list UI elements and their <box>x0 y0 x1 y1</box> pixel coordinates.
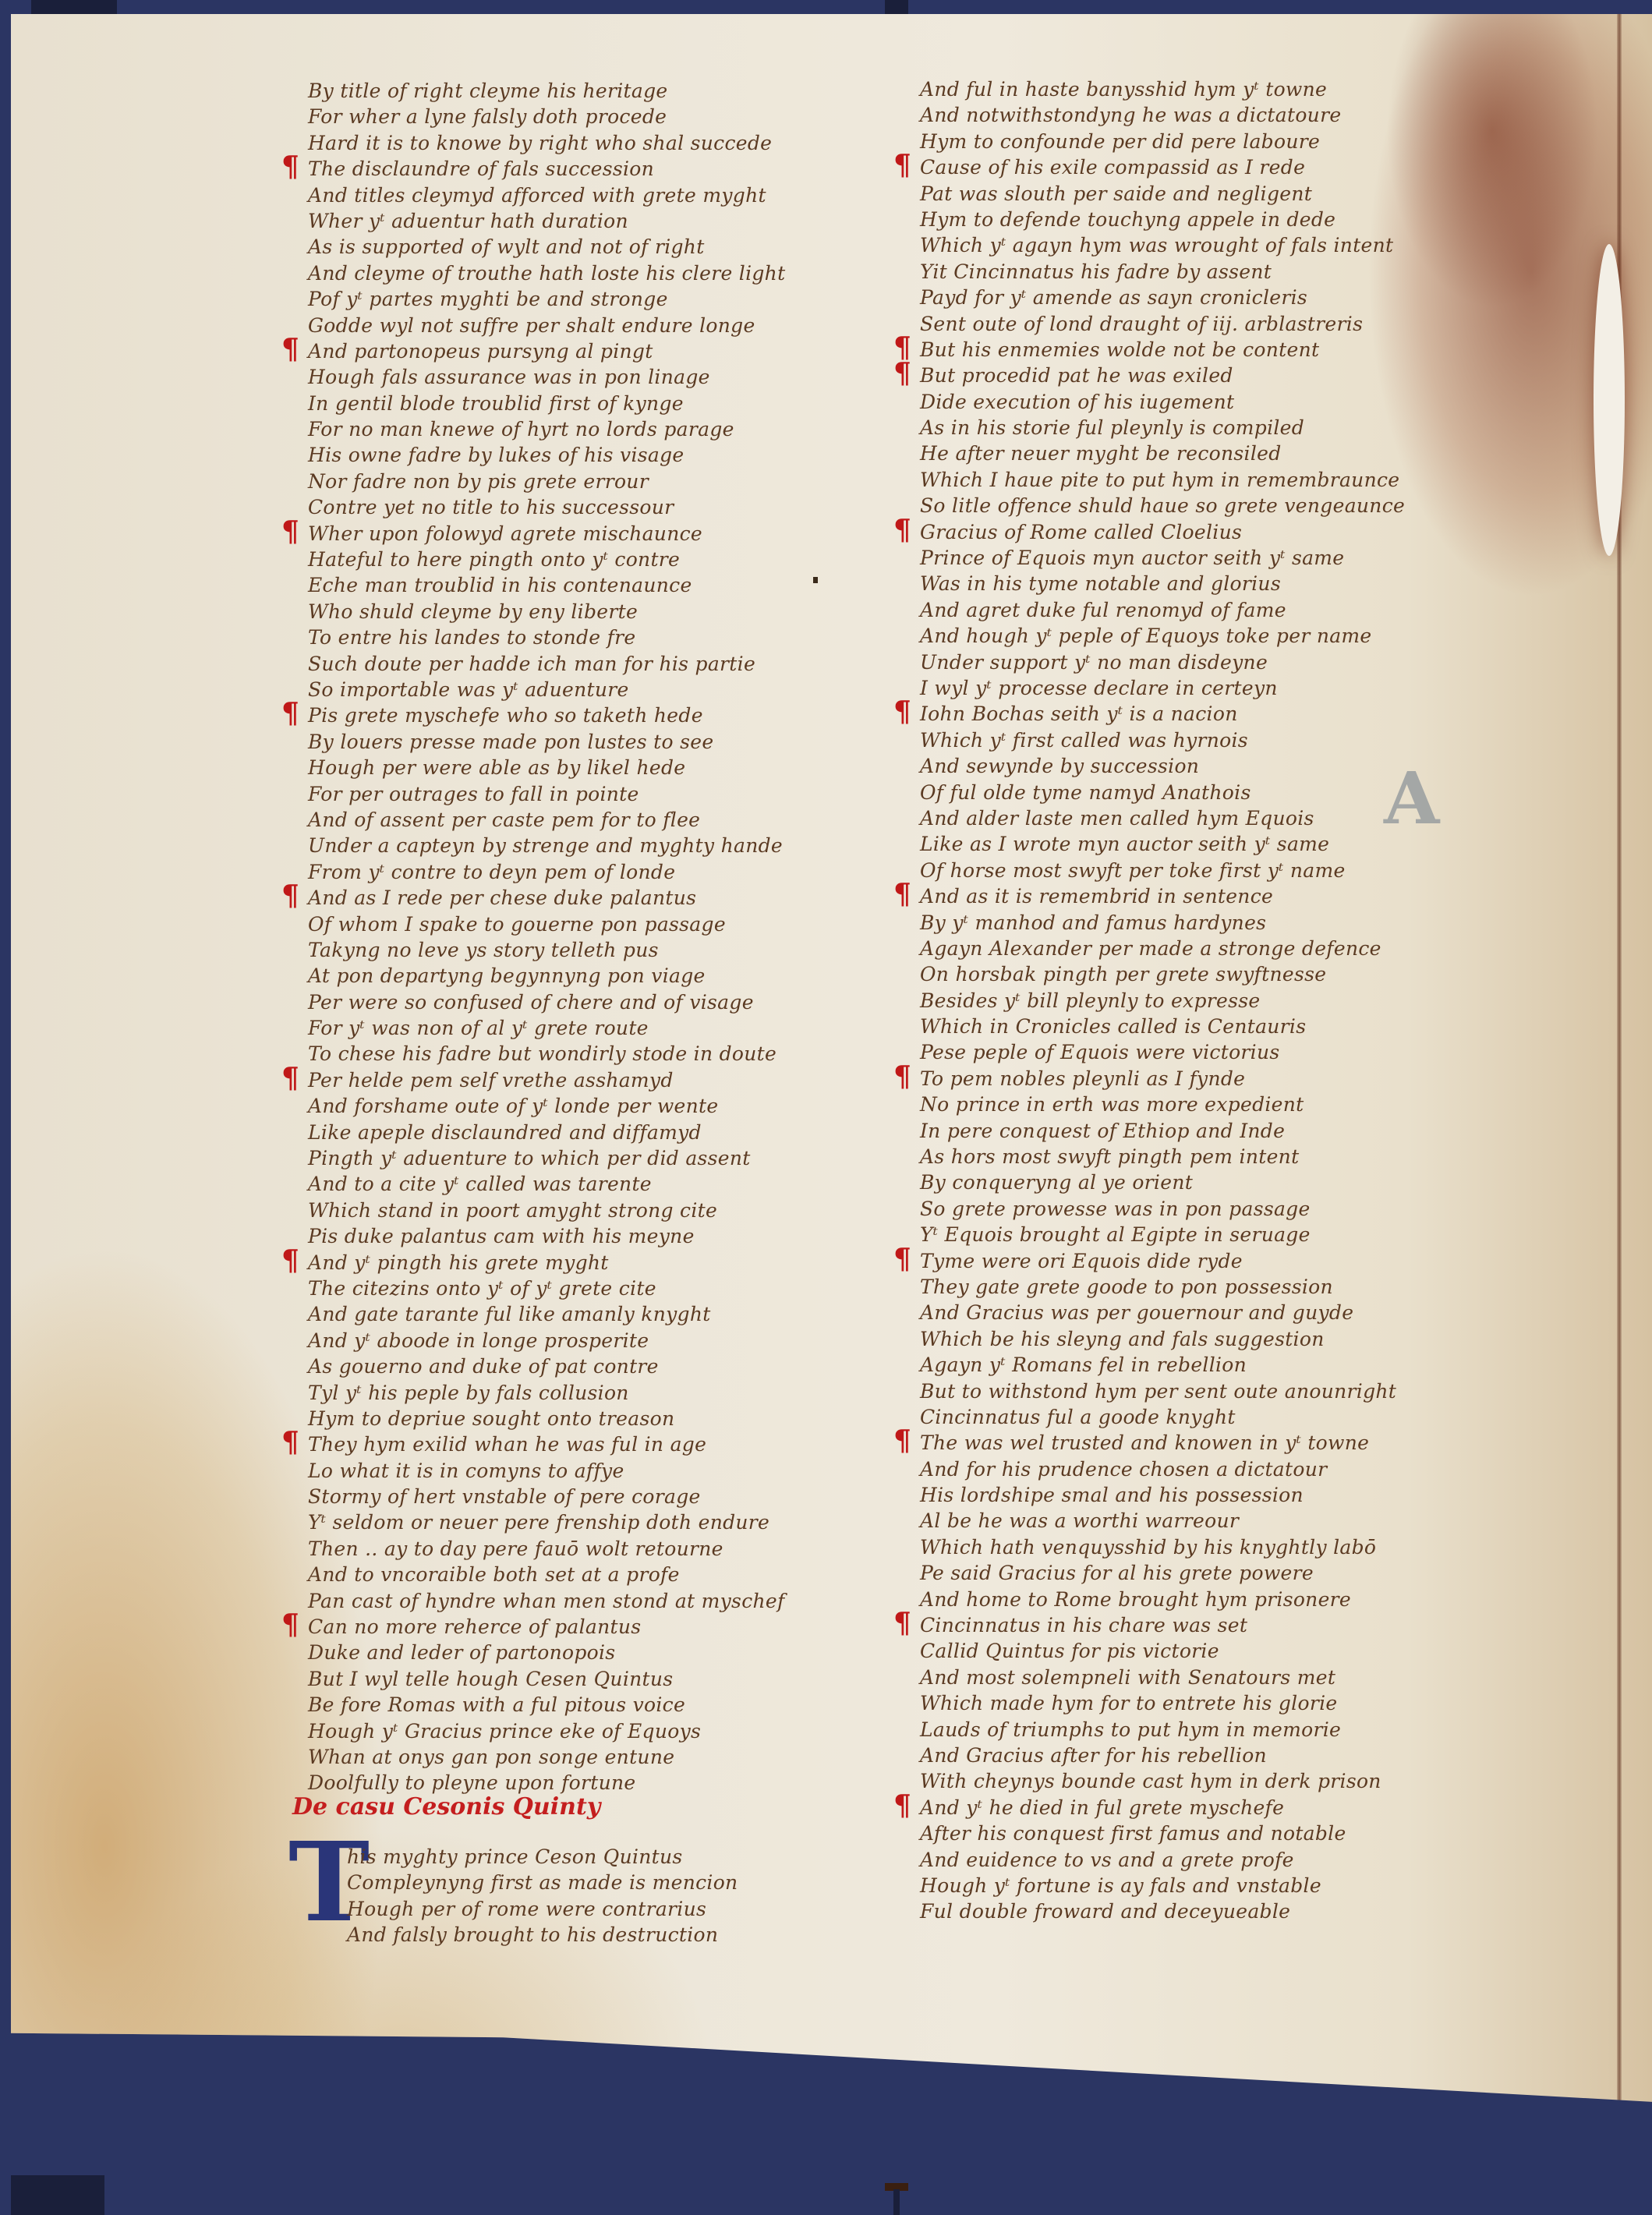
verse-text: Like as I wrote myn auctor seith yᵗ same <box>920 833 1329 855</box>
verse-text: Hym to confounde per did pere laboure <box>920 130 1320 153</box>
verse-text: Which in Cronicles called is Centauris <box>920 1015 1306 1038</box>
verse-text: Cause of his exile compassid as I rede <box>920 156 1305 179</box>
verse-line: Ful double froward and deceyueable <box>920 1898 1512 1924</box>
pilcrow-icon: ¶ <box>893 361 911 387</box>
verse-line: For per outrages to fall in pointe <box>308 781 869 807</box>
verse-text: And agret duke ful renomyd of fame <box>920 599 1286 621</box>
verse-text: His owne fadre by lukes of his visage <box>308 444 685 466</box>
verse-line: Compleynyng first as made is mencion <box>347 1870 877 1895</box>
verse-line: Per were so confused of chere and of vis… <box>308 989 869 1015</box>
verse-text: Which I haue pite to put hym in remembra… <box>920 469 1399 491</box>
verse-line: ¶Pis grete myschefe who so taketh hede <box>308 702 869 728</box>
verse-line: Of ful olde tyme namyd Anathois <box>920 780 1512 805</box>
verse-line: And hough yᵗ peple of Equoys toke per na… <box>920 623 1512 649</box>
verse-line: Hym to defende touchyng appele in dede <box>920 207 1512 232</box>
verse-text: Gracius of Rome called Cloelius <box>920 521 1242 543</box>
verse-line: ¶Gracius of Rome called Cloelius <box>920 519 1512 545</box>
verse-text: On horsbak pingth per grete swyftnesse <box>920 963 1326 985</box>
verse-line: Whan at onys gan pon songe entune <box>308 1744 869 1770</box>
verse-text: Which yᵗ first called was hyrnois <box>920 729 1248 752</box>
verse-line: ¶And partonopeus pursyng al pingt <box>308 338 869 364</box>
verse-line: And sewynde by succession <box>920 753 1512 779</box>
verse-line: ¶And yᵗ he died in ful grete myschefe <box>920 1795 1512 1820</box>
verse-line: ¶But his enmemies wolde not be content <box>920 337 1512 363</box>
verse-line: And euidence to vs and a grete profe <box>920 1847 1512 1873</box>
verse-text: The disclaundre of fals succession <box>308 157 654 180</box>
verse-text: I wyl yᵗ processe declare in certeyn <box>920 677 1278 699</box>
verse-line: Of horse most swyft per toke first yᵗ na… <box>920 858 1512 883</box>
verse-line: By conqueryng al ye orient <box>920 1169 1512 1195</box>
verse-text: Which stand in poort amyght strong cite <box>308 1199 717 1222</box>
verse-text: Tyme were ori Equois dide ryde <box>920 1250 1243 1272</box>
verse-line: Hough fals assurance was in pon linage <box>308 364 869 390</box>
verse-line: Pingth yᵗ aduenture to which per did ass… <box>308 1145 869 1171</box>
verse-line: Callid Quintus for pis victorie <box>920 1638 1512 1664</box>
verse-line: As gouerno and duke of pat contre <box>308 1353 869 1379</box>
verse-text: By title of right cleyme his heritage <box>308 80 668 102</box>
pilcrow-icon: ¶ <box>281 154 299 180</box>
verse-line: Which hath venquysshid by his knyghtly l… <box>920 1534 1512 1560</box>
verse-text: Eche man troublid in his contenaunce <box>308 574 692 596</box>
verse-line: Which be his sleyng and fals suggestion <box>920 1326 1512 1352</box>
verse-line: For no man knewe of hyrt no lords parage <box>308 416 869 442</box>
verse-line: ¶Tyme were ori Equois dide ryde <box>920 1248 1512 1274</box>
verse-line: Pese peple of Equois were victorius <box>920 1039 1512 1065</box>
verse-line: And to a cite yᵗ called was tarente <box>308 1171 869 1197</box>
clamp-bottom-stem <box>893 2189 900 2215</box>
verse-text: Which made hym for to entrete his glorie <box>920 1692 1337 1714</box>
verse-line: Of whom I spake to gouerne pon passage <box>308 911 869 937</box>
verse-line: As in his storie ful pleynly is compiled <box>920 415 1512 441</box>
verse-text: Under support yᵗ no man disdeyne <box>920 651 1268 674</box>
verse-text: His lordshipe smal and his possession <box>920 1484 1304 1506</box>
verse-line: And titles cleymyd afforced with grete m… <box>308 182 869 208</box>
verse-line: ¶The was wel trusted and knowen in yᵗ to… <box>920 1430 1512 1456</box>
verse-text: But procedid pat he was exiled <box>920 364 1233 387</box>
clamp-top-center <box>885 0 908 14</box>
verse-text: Doolfully to pleyne upon fortune <box>308 1771 635 1794</box>
verse-text: At pon departyng begynnyng pon viage <box>308 964 706 987</box>
verse-text: Lo what it is in comyns to affye <box>308 1460 624 1482</box>
verse-line: Duke and leder of partonopois <box>308 1640 869 1665</box>
verse-line: Godde wyl not suffre per shalt endure lo… <box>308 313 869 338</box>
verse-text: Agayn yᵗ Romans fel in rebellion <box>920 1353 1247 1376</box>
pilcrow-icon: ¶ <box>281 1612 299 1638</box>
verse-text: Such doute per hadde ich man for his par… <box>308 653 755 675</box>
verse-line: And yᵗ aboode in longe prosperite <box>308 1328 869 1353</box>
verse-text: Duke and leder of partonopois <box>308 1641 615 1664</box>
verse-line: Besides yᵗ bill pleynly to expresse <box>920 988 1512 1014</box>
verse-line: And falsly brought to his destruction <box>347 1922 877 1948</box>
verse-text: Yit Cincinnatus his fadre by assent <box>920 260 1272 283</box>
verse-line: Cincinnatus ful a goode knyght <box>920 1404 1512 1430</box>
verse-text: And cleyme of trouthe hath loste his cle… <box>308 262 785 285</box>
verse-text: And forshame oute of yᵗ londe per wente <box>308 1095 719 1117</box>
verse-text: Hateful to here pingth onto yᵗ contre <box>308 548 680 571</box>
verse-text: Lauds of triumphs to put hym in memorie <box>920 1718 1341 1741</box>
verse-text: Hough yᵗ Gracius prince eke of Equoys <box>308 1720 701 1743</box>
verse-line: No prince in erth was more expedient <box>920 1092 1512 1117</box>
verse-line: For wher a lyne falsly doth procede <box>308 104 869 129</box>
verse-line: ¶And as I rede per chese duke palantus <box>308 885 869 911</box>
verse-line: Hym to confounde per did pere laboure <box>920 129 1512 154</box>
verse-text: Ful double froward and deceyueable <box>920 1900 1290 1923</box>
verse-line: On horsbak pingth per grete swyftnesse <box>920 961 1512 987</box>
verse-line: Pis duke palantus cam with his meyne <box>308 1223 869 1249</box>
verse-text: Then .. ay to day pere fauō wolt retour… <box>308 1537 723 1560</box>
verse-line: To entre his landes to stonde fre <box>308 625 869 650</box>
verse-line: As is supported of wylt and not of right <box>308 234 869 260</box>
verse-text: In gentil blode troublid first of kynge <box>308 392 684 415</box>
verse-line: Tyl yᵗ his peple by fals collusion <box>308 1380 869 1406</box>
verse-text: By yᵗ manhod and famus hardynes <box>920 911 1266 934</box>
verse-line: By title of right cleyme his heritage <box>308 78 869 104</box>
parchment-hole <box>1594 244 1625 556</box>
verse-text: Yᵗ seldom or neuer pere frenship doth en… <box>308 1511 769 1534</box>
verse-line: And of assent per caste pem for to flee <box>308 807 869 833</box>
verse-text: To entre his landes to stonde fre <box>308 626 636 649</box>
verse-line: By yᵗ manhod and famus hardynes <box>920 910 1512 936</box>
verse-text: Was in his tyme notable and glorius <box>920 572 1281 595</box>
verse-line: Doolfully to pleyne upon fortune <box>308 1770 869 1796</box>
verse-line: Hough yᵗ Gracius prince eke of Equoys <box>308 1718 869 1744</box>
pilcrow-icon: ¶ <box>281 883 299 909</box>
verse-text: No prince in erth was more expedient <box>920 1093 1304 1116</box>
verse-text: Pis grete myschefe who so taketh hede <box>308 704 703 727</box>
verse-text: For wher a lyne falsly doth procede <box>308 105 667 128</box>
verse-text: By louers presse made pon lustes to see <box>308 731 713 753</box>
verse-text: Hough per of rome were contrarius <box>347 1898 706 1920</box>
pilcrow-icon: ¶ <box>893 1793 911 1819</box>
verse-line: ¶Cause of his exile compassid as I rede <box>920 154 1512 180</box>
verse-text: Per were so confused of chere and of vis… <box>308 991 754 1014</box>
verse-line: Al be he was a worthi warreour <box>920 1508 1512 1534</box>
verse-text: Agayn Alexander per made a stronge defen… <box>920 937 1381 960</box>
verse-text: And titles cleymyd afforced with grete m… <box>308 184 766 207</box>
verse-text: And euidence to vs and a grete profe <box>920 1849 1294 1871</box>
verse-line: Then .. ay to day pere fauō wolt retour… <box>308 1536 869 1562</box>
verse-text: In pere conquest of Ethiop and Inde <box>920 1120 1285 1142</box>
verse-line: And notwithstondyng he was a dictatoure <box>920 102 1512 128</box>
pilcrow-icon: ¶ <box>281 1066 299 1092</box>
verse-text: Contre yet no title to his successour <box>308 496 674 518</box>
verse-text: Pingth yᵗ aduenture to which per did ass… <box>308 1147 751 1169</box>
verse-text: his myghty prince Ceson Quintus <box>347 1845 683 1868</box>
verse-line: his myghty prince Ceson Quintus <box>347 1844 877 1870</box>
verse-text: Pe said Gracius for al his grete powere <box>920 1562 1314 1584</box>
verse-text: Nor fadre non by pis grete errour <box>308 470 649 493</box>
verse-line: So litle offence shuld haue so grete ven… <box>920 493 1512 518</box>
verse-line: Which stand in poort amyght strong cite <box>308 1198 869 1223</box>
verse-text: For yᵗ was non of al yᵗ grete route <box>308 1017 649 1039</box>
verse-text: Pan cast of hyndre whan men stond at mys… <box>308 1590 785 1612</box>
verse-line: Hateful to here pingth onto yᵗ contre <box>308 547 869 572</box>
verse-text: Under a capteyn by strenge and myghty ha… <box>308 834 783 857</box>
verse-line: And home to Rome brought hym prisonere <box>920 1587 1512 1612</box>
verse-text: Cincinnatus in his chare was set <box>920 1614 1247 1636</box>
verse-text: Like apeple disclaundred and diffamyd <box>308 1121 702 1144</box>
verse-text: Which hath venquysshid by his knyghtly l… <box>920 1536 1376 1559</box>
verse-text: But to withstond hym per sent oute anoun… <box>920 1380 1396 1403</box>
verse-text: Wher yᵗ aduentur hath duration <box>308 210 628 232</box>
verse-line: Lo what it is in comyns to affye <box>308 1458 869 1484</box>
verse-text: For no man knewe of hyrt no lords parage <box>308 418 734 441</box>
verse-text: Hough fals assurance was in pon linage <box>308 366 710 388</box>
pilcrow-icon: ¶ <box>281 519 299 545</box>
verse-text: Stormy of hert vnstable of pere corage <box>308 1485 701 1508</box>
verse-line: His owne fadre by lukes of his visage <box>308 442 869 468</box>
verse-text: Hard it is to knowe by right who shal su… <box>308 132 772 154</box>
verse-line: Nor fadre non by pis grete errour <box>308 469 869 494</box>
verse-text: Of horse most swyft per toke first yᵗ na… <box>920 859 1346 882</box>
verse-line: By louers presse made pon lustes to see <box>308 729 869 755</box>
verse-line: So grete prowesse was in pon passage <box>920 1196 1512 1222</box>
pilcrow-icon: ¶ <box>893 518 911 543</box>
verse-text: Hough per were able as by likel hede <box>308 756 685 779</box>
verse-text: And yᵗ pingth his grete myght <box>308 1251 609 1274</box>
left-text-column-after-rubric: his myghty prince Ceson QuintusCompleyny… <box>347 1844 877 1948</box>
verse-line: ¶And as it is remembrid in sentence <box>920 883 1512 909</box>
verse-line: Wher yᵗ aduentur hath duration <box>308 208 869 234</box>
verse-line: Pan cast of hyndre whan men stond at mys… <box>308 1588 869 1614</box>
verse-text: And of assent per caste pem for to flee <box>308 809 700 831</box>
verse-line: Hough per were able as by likel hede <box>308 755 869 780</box>
verse-line: Hym to depriue sought onto treason <box>308 1406 869 1431</box>
pilcrow-icon: ¶ <box>893 153 911 179</box>
verse-line: Takyng no leve ys story telleth pus <box>308 937 869 963</box>
verse-text: Takyng no leve ys story telleth pus <box>308 939 659 961</box>
verse-text: Pese peple of Equois were victorius <box>920 1041 1280 1063</box>
verse-line: In pere conquest of Ethiop and Inde <box>920 1118 1512 1144</box>
verse-line: Who shuld cleyme by eny liberte <box>308 599 869 625</box>
verse-line: Agayn Alexander per made a stronge defen… <box>920 936 1512 961</box>
verse-text: And falsly brought to his destruction <box>347 1923 718 1946</box>
verse-line: So importable was yᵗ aduenture <box>308 677 869 702</box>
clamp-bottom-left <box>11 2175 104 2215</box>
verse-text: Be fore Romas with a ful pitous voice <box>308 1693 685 1716</box>
verse-text: And ful in haste banysshid hym yᵗ towne <box>920 78 1327 101</box>
verse-text: Hym to depriue sought onto treason <box>308 1407 674 1430</box>
verse-line: Lauds of triumphs to put hym in memorie <box>920 1717 1512 1743</box>
verse-line: After his conquest first famus and notab… <box>920 1820 1512 1846</box>
verse-line: ¶Wher upon folowyd agrete mischaunce <box>308 521 869 547</box>
pilcrow-icon: ¶ <box>893 1064 911 1090</box>
verse-line: From yᵗ contre to deyn pem of londe <box>308 859 869 885</box>
verse-text: Which yᵗ agayn hym was wrought of fals i… <box>920 234 1393 257</box>
verse-text: Cincinnatus ful a goode knyght <box>920 1406 1236 1428</box>
verse-text: After his conquest first famus and notab… <box>920 1822 1346 1845</box>
verse-text: And notwithstondyng he was a dictatoure <box>920 104 1341 126</box>
verse-text: So litle offence shuld haue so grete ven… <box>920 494 1405 517</box>
verse-line: Eche man troublid in his contenaunce <box>308 572 869 598</box>
verse-line: ¶The disclaundre of fals succession <box>308 156 869 182</box>
pilcrow-icon: ¶ <box>893 1247 911 1272</box>
verse-line: They gate grete goode to pon possession <box>920 1274 1512 1300</box>
verse-line: The citezins onto yᵗ of yᵗ grete cite <box>308 1276 869 1301</box>
verse-text: To chese his fadre but wondirly stode in… <box>308 1042 776 1065</box>
verse-line: And alder laste men called hym Equois <box>920 805 1512 831</box>
verse-text: And Gracius was per gouernour and guyde <box>920 1301 1353 1324</box>
verse-text: And Gracius after for his rebellion <box>920 1744 1267 1767</box>
verse-text: Compleynyng first as made is mencion <box>347 1871 738 1894</box>
verse-text: Iohn Bochas seith yᵗ is a nacion <box>920 702 1238 725</box>
verse-line: Dide execution of his iugement <box>920 389 1512 415</box>
verse-text: And gate tarante ful like amanly knyght <box>308 1303 711 1325</box>
verse-line: And Gracius after for his rebellion <box>920 1743 1512 1768</box>
verse-text: He after neuer myght be reconsiled <box>920 442 1282 465</box>
verse-text: They hym exilid whan he was ful in age <box>308 1433 706 1456</box>
verse-text: Hym to defende touchyng appele in dede <box>920 208 1335 231</box>
verse-line: Payd for yᵗ amende as sayn cronicleris <box>920 285 1512 310</box>
verse-line: At pon departyng begynnyng pon viage <box>308 963 869 989</box>
verse-line: ¶To pem nobles pleynli as I fynde <box>920 1066 1512 1092</box>
pilcrow-icon: ¶ <box>893 699 911 725</box>
verse-text: From yᵗ contre to deyn pem of londe <box>308 861 675 883</box>
verse-text: Of ful olde tyme namyd Anathois <box>920 781 1251 804</box>
verse-line: But I wyl telle hough Cesen Quintus <box>308 1666 869 1692</box>
verse-text: And to a cite yᵗ called was tarente <box>308 1173 652 1195</box>
verse-text: Al be he was a worthi warreour <box>920 1509 1239 1532</box>
verse-text: And for his prudence chosen a dictatour <box>920 1458 1327 1481</box>
verse-text: Callid Quintus for pis victorie <box>920 1640 1219 1662</box>
verse-line: ¶They hym exilid whan he was ful in age <box>308 1431 869 1457</box>
verse-line: As hors most swyft pingth pem intent <box>920 1144 1512 1169</box>
verse-text: And home to Rome brought hym prisonere <box>920 1588 1351 1611</box>
verse-text: Per helde pem self vrethe asshamyd <box>308 1069 674 1092</box>
verse-line: Yᵗ Equois brought al Egipte in seruage <box>920 1222 1512 1247</box>
verse-text: Godde wyl not suffre per shalt endure lo… <box>308 314 755 337</box>
verse-text: And as I rede per chese duke palantus <box>308 886 696 909</box>
pilcrow-icon: ¶ <box>893 882 911 908</box>
verse-line: His lordshipe smal and his possession <box>920 1482 1512 1508</box>
verse-line: Hough yᵗ fortune is ay fals and vnstable <box>920 1873 1512 1898</box>
verse-text: And as it is remembrid in sentence <box>920 885 1273 908</box>
verse-text: Of whom I spake to gouerne pon passage <box>308 913 726 936</box>
verse-line: Prince of Equois myn auctor seith yᵗ sam… <box>920 545 1512 571</box>
verse-line: ¶Per helde pem self vrethe asshamyd <box>308 1067 869 1093</box>
clamp-top-left <box>31 0 117 14</box>
verse-text: Yᵗ Equois brought al Egipte in seruage <box>920 1223 1311 1246</box>
verse-line: Hard it is to knowe by right who shal su… <box>308 130 869 156</box>
pilcrow-icon: ¶ <box>281 1248 299 1274</box>
verse-text: Pat was slouth per saide and negligent <box>920 182 1312 205</box>
verse-text: Hough yᵗ fortune is ay fals and vnstable <box>920 1874 1321 1897</box>
verse-line: Under support yᵗ no man disdeyne <box>920 649 1512 675</box>
verse-line: And Gracius was per gouernour and guyde <box>920 1300 1512 1325</box>
verse-line: With cheynys bounde cast hym in derk pri… <box>920 1768 1512 1794</box>
verse-text: Who shuld cleyme by eny liberte <box>308 600 638 623</box>
verse-line: And cleyme of trouthe hath loste his cle… <box>308 260 869 286</box>
verse-line: And agret duke ful renomyd of fame <box>920 597 1512 623</box>
verse-line: Be fore Romas with a ful pitous voice <box>308 1692 869 1718</box>
verse-text: Besides yᵗ bill pleynly to expresse <box>920 989 1260 1012</box>
verse-line: Pof yᵗ partes myghti be and stronge <box>308 286 869 312</box>
verse-line: And most solempneli with Senatours met <box>920 1665 1512 1690</box>
verse-line: Hough per of rome were contrarius <box>347 1896 877 1922</box>
verse-text: And sewynde by succession <box>920 755 1199 777</box>
verse-line: To chese his fadre but wondirly stode in… <box>308 1041 869 1067</box>
left-text-column: By title of right cleyme his heritageFor… <box>308 78 869 1796</box>
verse-line: ¶But procedid pat he was exiled <box>920 363 1512 388</box>
rubric-heading: De casu Cesonis Quinty <box>292 1793 600 1820</box>
verse-text: Pis duke palantus cam with his meyne <box>308 1225 695 1247</box>
verse-line: Stormy of hert vnstable of pere corage <box>308 1484 869 1509</box>
verse-line: ¶Iohn Bochas seith yᵗ is a nacion <box>920 701 1512 727</box>
pilcrow-icon: ¶ <box>893 1611 911 1636</box>
verse-line: ¶And yᵗ pingth his grete myght <box>308 1250 869 1276</box>
verse-line: ¶Cincinnatus in his chare was set <box>920 1612 1512 1638</box>
verse-text: As in his storie ful pleynly is compiled <box>920 416 1304 439</box>
verse-line: Pat was slouth per saide and negligent <box>920 181 1512 207</box>
verse-line: I wyl yᵗ processe declare in certeyn <box>920 675 1512 701</box>
verse-text: And hough yᵗ peple of Equoys toke per na… <box>920 625 1372 647</box>
verse-text: Can no more reherce of palantus <box>308 1615 641 1638</box>
verse-line: Yit Cincinnatus his fadre by assent <box>920 259 1512 285</box>
verse-text: And alder laste men called hym Equois <box>920 807 1314 830</box>
verse-text: Whan at onys gan pon songe entune <box>308 1746 674 1768</box>
verse-line: For yᵗ was non of al yᵗ grete route <box>308 1015 869 1041</box>
verse-line: He after neuer myght be reconsiled <box>920 441 1512 466</box>
verse-line: And ful in haste banysshid hym yᵗ towne <box>920 76 1512 102</box>
verse-text: And yᵗ he died in ful grete myschefe <box>920 1796 1284 1819</box>
verse-line: And for his prudence chosen a dictatour <box>920 1456 1512 1482</box>
verse-line: Which yᵗ first called was hyrnois <box>920 727 1512 753</box>
verse-text: Payd for yᵗ amende as sayn cronicleris <box>920 286 1307 309</box>
verse-text: Sent oute of lond draught of iij. arblas… <box>920 313 1363 335</box>
verse-text: Prince of Equois myn auctor seith yᵗ sam… <box>920 547 1344 569</box>
verse-text: By conqueryng al ye orient <box>920 1171 1193 1194</box>
verse-text: And yᵗ aboode in longe prosperite <box>308 1329 649 1352</box>
verse-text: Wher upon folowyd agrete mischaunce <box>308 522 702 545</box>
verse-line: Agayn yᵗ Romans fel in rebellion <box>920 1352 1512 1378</box>
verse-line: Pe said Gracius for al his grete powere <box>920 1560 1512 1586</box>
verse-line: Sent oute of lond draught of iij. arblas… <box>920 311 1512 337</box>
verse-text: And partonopeus pursyng al pingt <box>308 340 653 363</box>
verse-line: But to withstond hym per sent oute anoun… <box>920 1378 1512 1404</box>
verse-line: Was in his tyme notable and glorius <box>920 571 1512 596</box>
verse-line: ¶Can no more reherce of palantus <box>308 1614 869 1640</box>
verse-text: And most solempneli with Senatours met <box>920 1666 1335 1689</box>
verse-line: Which in Cronicles called is Centauris <box>920 1014 1512 1039</box>
verse-line: In gentil blode troublid first of kynge <box>308 391 869 416</box>
verse-text: As is supported of wylt and not of right <box>308 235 705 258</box>
verse-line: Under a capteyn by strenge and myghty ha… <box>308 833 869 858</box>
verse-line: Contre yet no title to his successour <box>308 494 869 520</box>
verse-text: Which be his sleyng and fals suggestion <box>920 1328 1325 1350</box>
verse-text: To pem nobles pleynli as I fynde <box>920 1067 1245 1090</box>
verse-text: As gouerno and duke of pat contre <box>308 1355 659 1378</box>
verse-line: Which I haue pite to put hym in remembra… <box>920 467 1512 493</box>
verse-text: As hors most swyft pingth pem intent <box>920 1145 1299 1168</box>
verse-text: With cheynys bounde cast hym in derk pri… <box>920 1770 1381 1792</box>
verse-text: And to vncoraible both set at a profe <box>308 1563 680 1586</box>
verse-text: Dide execution of his iugement <box>920 391 1234 413</box>
verse-text: They gate grete goode to pon possession <box>920 1276 1333 1298</box>
verse-line: Such doute per hadde ich man for his par… <box>308 651 869 677</box>
verse-line: And to vncoraible both set at a profe <box>308 1562 869 1587</box>
verse-line: Like apeple disclaundred and diffamyd <box>308 1120 869 1145</box>
verse-line: Which made hym for to entrete his glorie <box>920 1690 1512 1716</box>
verse-line: And forshame oute of yᵗ londe per wente <box>308 1093 869 1119</box>
pilcrow-icon: ¶ <box>281 1430 299 1456</box>
verse-text: But I wyl telle hough Cesen Quintus <box>308 1668 673 1690</box>
verse-line: Which yᵗ agayn hym was wrought of fals i… <box>920 232 1512 258</box>
verse-text: But his enmemies wolde not be content <box>920 338 1319 361</box>
right-text-column: And ful in haste banysshid hym yᵗ towneA… <box>920 76 1512 1925</box>
verse-text: So grete prowesse was in pon passage <box>920 1198 1311 1220</box>
verse-text: So importable was yᵗ aduenture <box>308 678 629 701</box>
verse-text: Tyl yᵗ his peple by fals collusion <box>308 1382 629 1404</box>
